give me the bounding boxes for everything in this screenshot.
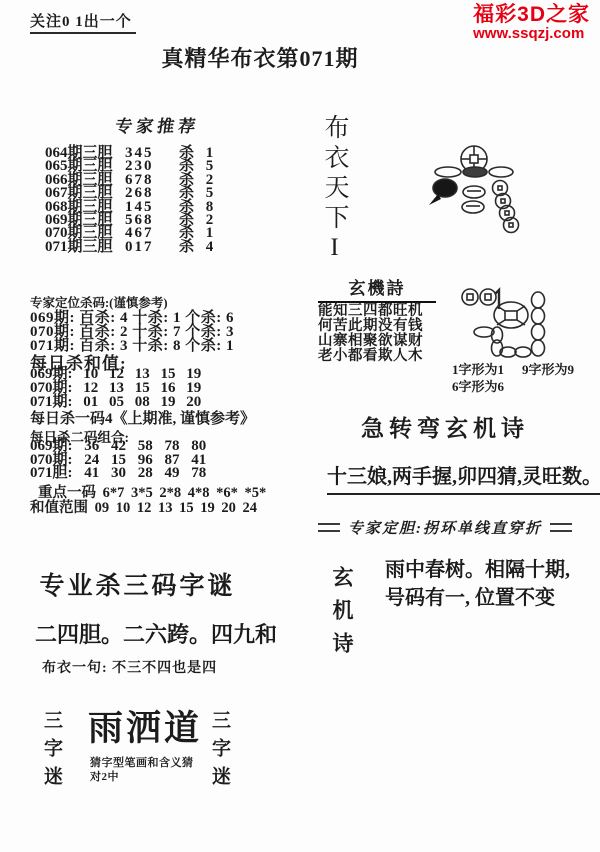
expert-recommend-section: 专家推荐 064期三胆345杀 1 065期三胆230杀 5 066期三胆678… [30,112,285,254]
shape-note-6: 6字形为6 [452,378,574,395]
daily-kill-sum-rows: 069期: 10 12 13 15 19 070期: 12 13 15 16 1… [30,368,201,409]
watch-note: 关注0 1出一个 [30,10,136,34]
table-row: 071期三胆017杀 4 [45,241,285,254]
xuanji-vertical-label: 玄机诗 [327,566,357,665]
poem-line: 何苦此期没有钱 [318,319,436,334]
double-line-icon [550,523,572,532]
riddle-side-label-left: 三字迷 [38,710,65,794]
riddle-side-label-right: 三字迷 [206,710,233,794]
row-period: 071期三胆 [45,241,125,254]
row-kill: 杀 4 [165,241,217,254]
three-code-heading: 专业杀三码字谜 [30,566,245,602]
shape-notes: 1字形为1 9字形为9 6字形为6 [452,361,574,395]
position-kill-heading: 专家定位杀码:(谨慎参考) [30,293,295,311]
buyi-tianxia-banner: 布衣天下I [316,114,352,266]
xuanji-clue: 雨中春树。相隔十期, 号码有一, 位置不变 [385,556,570,612]
expert-dan-line: 专家定胆:拐环单线直穿折 [305,517,585,538]
position-kill-row: 069期: 百杀: 4 十杀: 1 个杀: 6 [30,311,295,325]
site-logo-url: www.ssqzj.com [473,26,590,42]
turn-poem-heading: 急转弯玄机诗 [305,410,585,443]
poem-line: 老小都看欺人木 [318,349,436,364]
turn-poem-line: 十三娘,两手握,卯四猜,灵旺数。 [327,460,600,495]
sum-range-line: 和值范围 09 10 12 13 15 19 20 24 [30,496,257,517]
three-code-line: 二四胆。二六跨。四九和 [35,618,250,649]
coin-drawing-2-icon [452,282,570,362]
row-digits: 017 [125,241,165,254]
daily-kill-one-line: 每日杀一码4《上期准, 谨慎参考》 [30,407,255,428]
coin-drawing-1-icon [408,142,553,264]
riddle-caption-2: 对2中 [90,768,119,784]
shape-note-1: 1字形为1 [452,361,504,378]
lottery-chart-page: 关注0 1出一个 福彩3D之家 www.ssqzj.com 真精华布衣第071期… [0,0,600,852]
double-line-icon [318,523,340,532]
mystery-poem-section: 玄機詩 能知三四都旺机 何苦此期没有钱 山寨相聚欲谋财 老小都看欺人木 [318,274,436,363]
page-title: 真精华布衣第071期 [130,42,390,73]
position-kill-section: 专家定位杀码:(谨慎参考) 069期: 百杀: 4 十杀: 1 个杀: 6 07… [30,293,295,353]
poem-line: 能知三四都旺机 [318,304,436,319]
shape-note-9: 9字形为9 [522,361,574,378]
mystery-poem-heading: 玄機詩 [318,274,436,303]
daily-kill-two-rows: 069期: 36 42 58 78 80 070期: 24 15 96 87 4… [30,440,206,481]
xuanji-clue-line1: 雨中春树。相隔十期, [385,556,570,584]
riddle-word: 雨洒道 [88,701,202,751]
expert-dan-text: 专家定胆:拐环单线直穿折 [348,517,542,538]
site-logo-name: 福彩3D之家 [473,4,590,26]
expert-recommend-table: 064期三胆345杀 1 065期三胆230杀 5 066期三胆678杀 2 0… [30,147,285,254]
xuanji-clue-line2: 号码有一, 位置不变 [385,584,570,612]
buyi-sentence: 布衣一句: 不三不四也是四 [42,657,217,677]
expert-recommend-heading: 专家推荐 [28,112,287,137]
poem-line: 山寨相聚欲谋财 [318,334,436,349]
site-logo: 福彩3D之家 www.ssqzj.com [473,4,590,42]
daily-kill-two-row: 071胆: 41 30 28 49 78 [30,467,206,481]
position-kill-row: 070期: 百杀: 2 十杀: 7 个杀: 3 [30,325,295,339]
